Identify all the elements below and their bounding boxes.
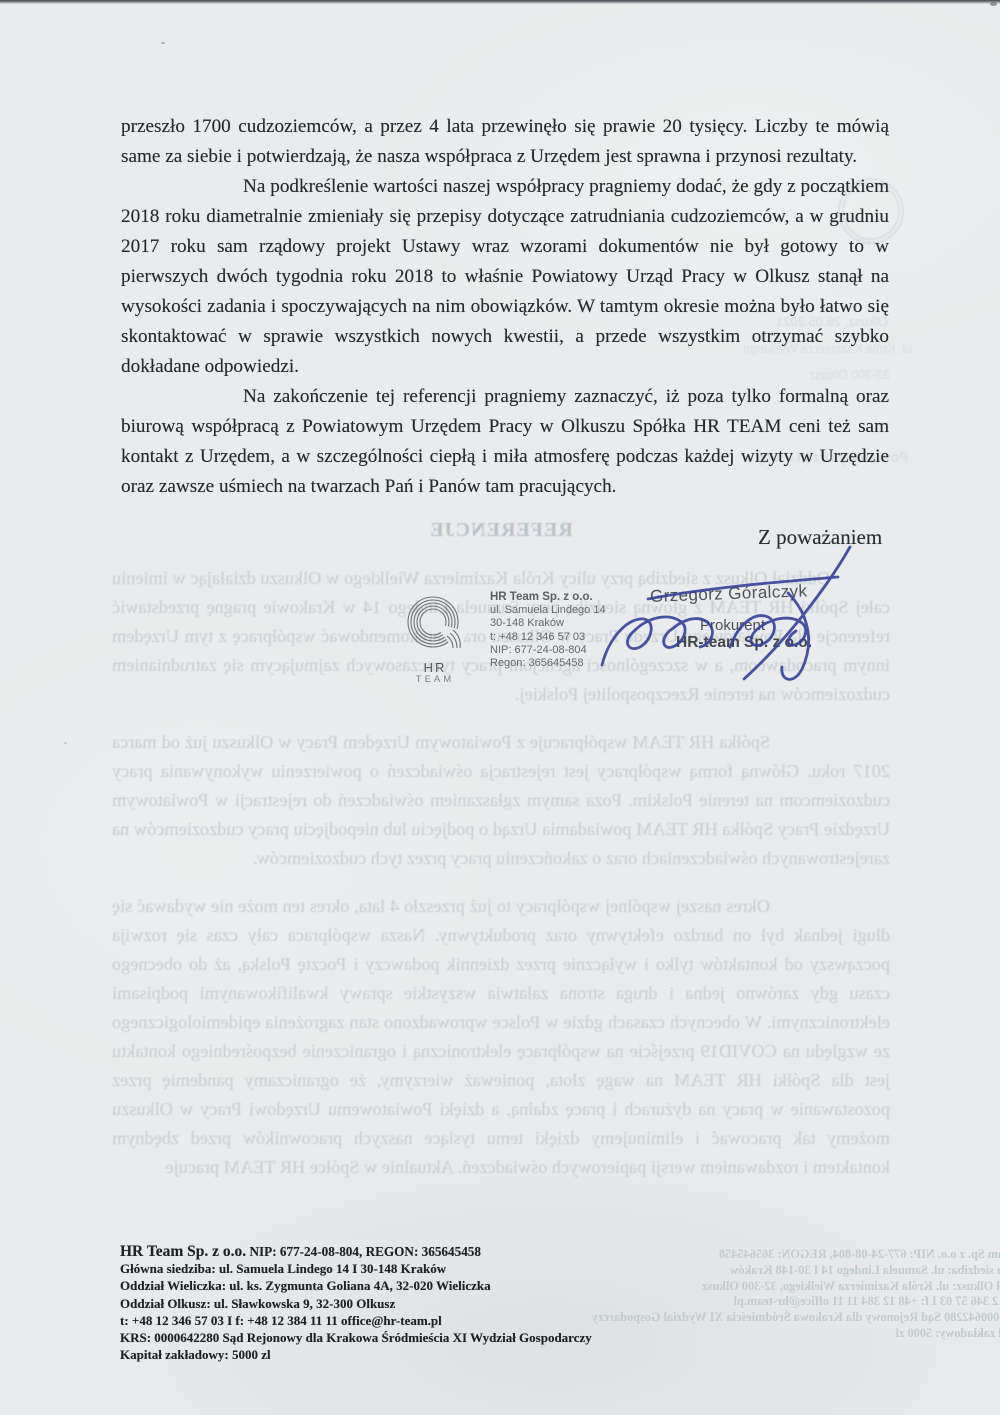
footer-line-1: HR Team Sp. z o.o. NIP: 677-24-08-804, R… — [120, 1243, 880, 1260]
handwritten-signature-icon — [588, 543, 868, 698]
stamp-logo-team: TEAM — [403, 674, 467, 685]
footer-lines: Główna siedziba: ul. Samuela Lindego 14 … — [120, 1260, 880, 1363]
show-through-paragraph: Spółka HR TEAM współpracuje z Powiatowym… — [112, 728, 890, 873]
letter-footer: HR Team Sp. z o.o. NIP: 677-24-08-804, R… — [120, 1243, 880, 1363]
hr-team-logo-icon — [403, 594, 467, 654]
letter-body: przeszło 1700 cudzoziemców, a przez 4 la… — [121, 112, 889, 502]
footer-line: Oddział Wieliczka: ul. ks. Zygmunta Goli… — [120, 1277, 880, 1294]
scan-speck — [161, 42, 165, 44]
letter-paragraph: Na podkreślenie wartości naszej współpra… — [121, 172, 889, 382]
scanned-page: REFERENCJE Oddział Olkusz z siedzibą prz… — [0, 0, 1000, 1415]
letter-paragraph: Na zakończenie tej referencji pragniemy … — [121, 382, 889, 502]
footer-line: Oddział Olkusz: ul. Sławkowska 9, 32-300… — [120, 1295, 880, 1312]
scan-top-edge — [0, 0, 1000, 4]
hr-team-stamp: HR TEAM — [403, 594, 467, 674]
stamp-logo-hr: HR — [403, 660, 467, 675]
footer-company-name: HR Team Sp. z o.o. — [120, 1243, 246, 1260]
show-through-paragraph: Okres naszej wspólnej współpracy to już … — [112, 892, 890, 1182]
footer-line: Główna siedziba: ul. Samuela Lindego 14 … — [120, 1260, 880, 1277]
scan-speck — [990, 2, 997, 6]
scan-speck — [64, 742, 67, 744]
footer-line: Kapitał zakładowy: 5000 zl — [120, 1346, 880, 1363]
letter-paragraph: przeszło 1700 cudzoziemców, a przez 4 la… — [121, 112, 889, 172]
footer-company-ids: NIP: 677-24-08-804, REGON: 365645458 — [246, 1244, 481, 1259]
footer-line: t: +48 12 346 57 03 I f: +48 12 384 11 1… — [120, 1312, 880, 1329]
footer-line: KRS: 0000642280 Sąd Rejonowy dla Krakowa… — [120, 1329, 880, 1346]
